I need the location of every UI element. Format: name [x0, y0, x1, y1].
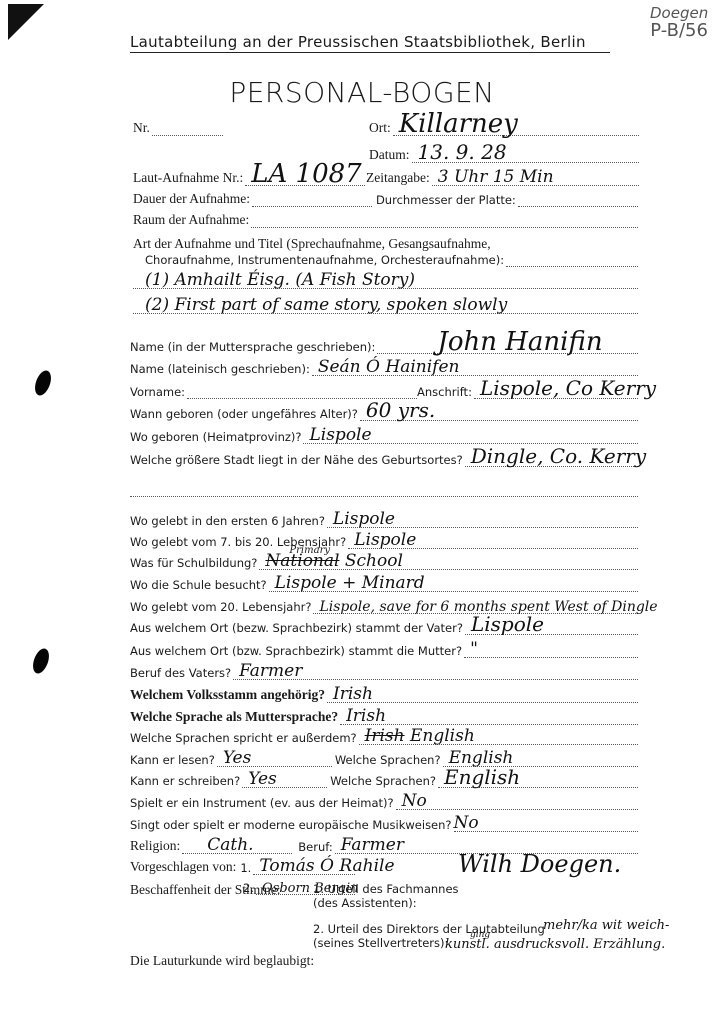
value: (2) First part of same story, spoken slo…: [145, 295, 507, 315]
field-sprachen: Welche Sprachen spricht er außerdem? Iri…: [130, 730, 638, 745]
value-line[interactable]: English: [438, 773, 638, 788]
label: Anschrift:: [417, 385, 472, 399]
urteil-1-line-a: 1. Urteil des Fachmannes: [313, 882, 459, 896]
label: Choraufnahme, Instrumentenaufnahme, Orch…: [145, 253, 504, 267]
field-dauer: Dauer der Aufnahme: Durchmesser der Plat…: [133, 191, 638, 207]
label: Nr.: [133, 120, 150, 136]
label: Wo gelebt vom 20. Lebensjahr?: [130, 600, 311, 614]
field-name-latein: Name (lateinisch geschrieben): Seán Ó Ha…: [130, 361, 638, 376]
label: Wo geboren (Heimatprovinz)?: [130, 430, 301, 444]
value: Seán Ó Hainifen: [318, 357, 460, 377]
value-line[interactable]: Cath.: [182, 839, 292, 854]
value: Lispole: [471, 612, 544, 636]
value-line[interactable]: No: [396, 795, 638, 810]
punch-hole: [30, 646, 52, 675]
value: Irish English: [365, 726, 475, 746]
label: Wo gelebt in den ersten 6 Jahren?: [130, 514, 325, 528]
value-line[interactable]: [130, 482, 638, 497]
label: Vorname:: [130, 385, 185, 399]
label: Beruf:: [298, 840, 333, 854]
value: (1) Amhailt Éisg. (A Fish Story): [145, 270, 415, 290]
value-text: English: [410, 726, 475, 746]
urteil-2-line-b: (seines Stellvertreters):: [313, 936, 448, 950]
label: Spielt er ein Instrument (ev. aus der He…: [130, 796, 394, 810]
label: Wo die Schule besucht?: [130, 578, 267, 592]
value-line[interactable]: 13. 9. 28: [412, 148, 640, 163]
punch-hole: [32, 368, 54, 397]
value-line[interactable]: Seán Ó Hainifen: [312, 361, 638, 376]
value-line[interactable]: [252, 192, 372, 207]
stimme-label: Beschaffenheit der Stimme:: [130, 882, 280, 898]
label: Welche größere Stadt liegt in der Nähe d…: [130, 453, 463, 467]
value: No: [454, 813, 479, 833]
value-line[interactable]: Irish: [327, 688, 638, 703]
signature: Wilh Doegen.: [458, 850, 621, 878]
field-vater-ort: Aus welchem Ort (bezw. Sprachbezirk) sta…: [130, 620, 638, 635]
field-datum: Datum: 13. 9. 28: [369, 147, 639, 163]
label: Welchem Volksstamm angehörig?: [130, 687, 325, 703]
value: No: [402, 791, 427, 811]
value-line[interactable]: (1) Amhailt Éisg. (A Fish Story): [133, 274, 638, 289]
field-erste-6: Wo gelebt in den ersten 6 Jahren? Lispol…: [130, 513, 638, 528]
label: Vorgeschlagen von:: [130, 859, 236, 875]
value-line[interactable]: John Hanifin: [377, 339, 638, 354]
field-mutter-ort: Aus welchem Ort (bzw. Sprachbezirk) stam…: [130, 643, 638, 658]
value: National School: [265, 551, 402, 571]
urteil-2-value-1: mehr/ka wit weich-: [543, 918, 669, 933]
institution-header: Lautabteilung an der Preussischen Staats…: [130, 33, 610, 53]
field-zeitangabe: Zeitangabe: 3 Uhr 15 Min: [366, 170, 639, 186]
field-schulbildung: Was für Schulbildung? Primary National S…: [130, 555, 638, 570]
value-line[interactable]: LA 1087: [245, 171, 365, 186]
art-label-1: Art der Aufnahme und Titel (Sprechaufnah…: [133, 236, 491, 252]
label: Aus welchem Ort (bzw. Sprachbezirk) stam…: [130, 644, 462, 658]
label: Welche Sprachen spricht er außerdem?: [130, 731, 357, 745]
value-line[interactable]: Primary National School: [259, 555, 638, 570]
field-beruf-vater: Beruf des Vaters? Farmer: [130, 665, 638, 680]
field-ab-20: Wo gelebt vom 20. Lebensjahr? Lispole, s…: [130, 599, 638, 614]
value: Tomás Ó Rahile: [259, 856, 394, 876]
value: Lispole + Minard: [275, 573, 425, 593]
value-line[interactable]: Lispole: [348, 534, 638, 549]
value: Lispole: [354, 530, 416, 550]
value-line[interactable]: Lispole: [465, 620, 638, 635]
label: Welche Sprachen?: [330, 774, 436, 788]
value-line[interactable]: Irish English: [359, 730, 638, 745]
field-musik: Singt oder spielt er moderne europäische…: [130, 817, 638, 832]
value-line[interactable]: 3 Uhr 15 Min: [432, 171, 639, 186]
archive-note: Doegen P-B/56: [650, 4, 708, 40]
field-volksstamm: Welchem Volksstamm angehörig? Irish: [130, 687, 638, 703]
field-lesen: Kann er lesen? Yes Welche Sprachen? Engl…: [130, 752, 638, 767]
value: LA 1087: [251, 159, 361, 189]
value: Irish: [346, 706, 386, 726]
value: 60 yrs.: [366, 398, 435, 422]
value-struck: National: [265, 551, 339, 571]
label: Datum:: [369, 147, 410, 163]
label: Aus welchem Ort (bezw. Sprachbezirk) sta…: [130, 621, 463, 635]
value: Yes: [223, 748, 252, 768]
value-line[interactable]: [251, 213, 638, 228]
field-stadt: Welche größere Stadt liegt in der Nähe d…: [130, 452, 638, 467]
value-line[interactable]: Lispole + Minard: [269, 577, 638, 592]
value: Dingle, Co. Kerry: [471, 444, 646, 468]
value: Lispole: [309, 425, 371, 445]
label: Beruf des Vaters?: [130, 666, 231, 680]
label: Kann er schreiben?: [130, 774, 240, 788]
value-struck: Irish: [365, 726, 405, 746]
label: Was für Schulbildung?: [130, 556, 257, 570]
art-line-2: (2) First part of same story, spoken slo…: [133, 299, 638, 314]
value-line[interactable]: Yes: [242, 773, 327, 788]
value-line[interactable]: Killarney: [393, 121, 639, 136]
value-line[interactable]: Lispole, Co Kerry: [474, 384, 638, 399]
label: Wann geboren (oder ungefähres Alter)?: [130, 407, 358, 421]
value-line[interactable]: [506, 252, 638, 267]
value-line[interactable]: Irish: [340, 710, 638, 725]
value-text: School: [345, 551, 403, 571]
value-line[interactable]: Yes: [217, 752, 332, 767]
field-vorgeschlagen-1: Vorgeschlagen von: 1. Tomás Ó Rahile: [130, 859, 355, 875]
value: Lispole, Co Kerry: [480, 376, 656, 400]
label: Raum der Aufnahme:: [133, 212, 249, 228]
archive-note-line-2: P-B/56: [650, 22, 708, 40]
label: Name (in der Muttersprache geschrieben):: [130, 340, 375, 354]
field-muttersprache: Welche Sprache als Muttersprache? Irish: [130, 709, 638, 725]
art-line-1: (1) Amhailt Éisg. (A Fish Story): [133, 274, 638, 289]
value: 3 Uhr 15 Min: [438, 167, 554, 187]
value-line[interactable]: [152, 121, 223, 136]
value-line[interactable]: [518, 192, 638, 207]
value-line[interactable]: No: [454, 817, 638, 832]
value: Cath.: [207, 835, 253, 855]
value-line[interactable]: Tomás Ó Rahile: [253, 860, 355, 875]
value: Farmer: [239, 661, 302, 681]
value-line[interactable]: 60 yrs.: [360, 406, 638, 421]
field-name-mutter: Name (in der Muttersprache geschrieben):…: [130, 339, 638, 354]
label: 1.: [240, 861, 251, 875]
label: Kann er lesen?: [130, 753, 215, 767]
value-line[interactable]: ": [464, 643, 638, 658]
field-7-20: Wo gelebt vom 7. bis 20. Lebensjahr? Lis…: [130, 534, 638, 549]
page-title: PERSONAL-BOGEN: [0, 76, 724, 109]
value-line[interactable]: Farmer: [233, 665, 638, 680]
value: Yes: [248, 769, 277, 789]
field-vorname: Vorname: Anschrift: Lispole, Co Kerry: [130, 384, 638, 399]
label: Durchmesser der Platte:: [376, 193, 516, 207]
value-line[interactable]: Lispole: [303, 429, 638, 444]
value: Killarney: [399, 109, 518, 139]
urteil-2-insert: ging: [470, 930, 490, 940]
field-art: Choraufnahme, Instrumentenaufnahme, Orch…: [145, 252, 638, 267]
value: 13. 9. 28: [418, 140, 507, 164]
value: Irish: [333, 684, 373, 704]
field-schule: Wo die Schule besucht? Lispole + Minard: [130, 577, 638, 592]
value-line[interactable]: [187, 384, 417, 399]
value: Farmer: [341, 835, 404, 855]
field-laut-aufnahme: Laut-Aufnahme Nr.: LA 1087: [133, 170, 365, 186]
field-ort: Ort: Killarney: [369, 120, 639, 136]
value: English: [444, 765, 520, 789]
label: Laut-Aufnahme Nr.:: [133, 170, 243, 186]
blank-line: [130, 482, 638, 497]
label: Dauer der Aufnahme:: [133, 191, 250, 207]
value: Lispole: [333, 509, 395, 529]
value: John Hanifin: [437, 327, 602, 357]
beglaubigt-label: Die Lauturkunde wird beglaubigt:: [130, 953, 314, 969]
value-line[interactable]: Lispole: [327, 513, 638, 528]
field-wo-geboren: Wo geboren (Heimatprovinz)? Lispole: [130, 429, 638, 444]
label: Name (lateinisch geschrieben):: [130, 362, 310, 376]
field-instrument: Spielt er ein Instrument (ev. aus der He…: [130, 795, 638, 810]
label: Welche Sprache als Muttersprache?: [130, 709, 338, 725]
label: Zeitangabe:: [366, 170, 430, 186]
urteil-1-line-b: (des Assistenten):: [313, 896, 417, 910]
value-line[interactable]: (2) First part of same story, spoken slo…: [133, 299, 638, 314]
label: Singt oder spielt er moderne europäische…: [130, 818, 452, 832]
label: Welche Sprachen?: [335, 753, 441, 767]
field-raum: Raum der Aufnahme:: [133, 212, 638, 228]
field-nr: Nr.: [133, 120, 223, 136]
label: Ort:: [369, 120, 391, 136]
field-geboren: Wann geboren (oder ungefähres Alter)? 60…: [130, 406, 638, 421]
corner-mark: [8, 4, 44, 40]
field-schreiben: Kann er schreiben? Yes Welche Sprachen? …: [130, 773, 638, 788]
value: ": [470, 639, 478, 659]
value-line[interactable]: Dingle, Co. Kerry: [465, 452, 638, 467]
label: Religion:: [130, 838, 180, 854]
urteil-2-line-a: 2. Urteil des Direktors der Lautabteilun…: [313, 922, 545, 936]
